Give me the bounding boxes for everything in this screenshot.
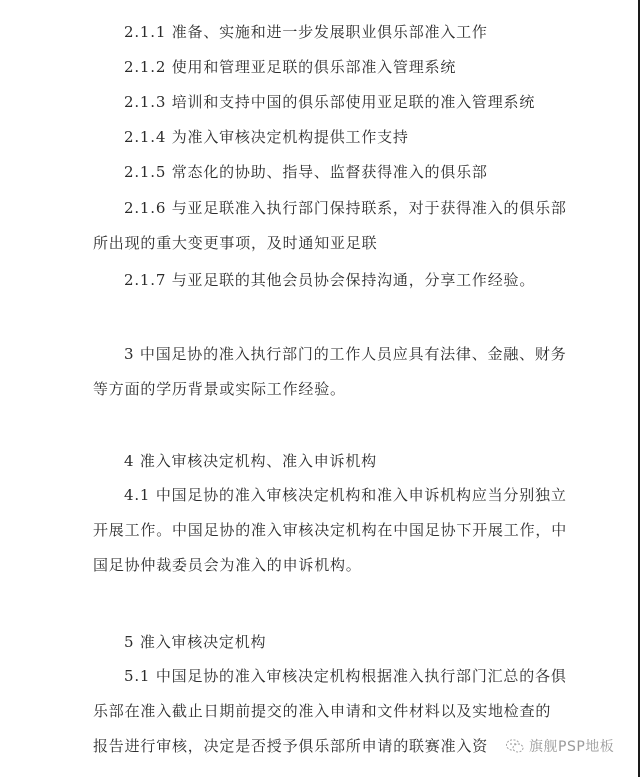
clause-2-1-6-line-2: 所出现的重大变更事项，及时通知亚足联 — [93, 233, 377, 253]
clause-2-1-4: 2.1.4 为准入审核决定机构提供工作支持 — [124, 127, 409, 147]
clause-2-1-3: 2.1.3 培训和支持中国的俱乐部使用亚足联的准入管理系统 — [124, 92, 535, 112]
clause-2-1-5: 2.1.5 常态化的协助、指导、监督获得准入的俱乐部 — [124, 162, 488, 182]
watermark-text: 旗舰PSP地板 — [529, 736, 614, 756]
clause-3-line-1: 3 中国足协的准入执行部门的工作人员应具有法律、金融、财务 — [124, 344, 567, 364]
section-4-heading: 4 准入审核决定机构、准入申诉机构 — [124, 451, 377, 471]
wechat-icon — [505, 738, 525, 754]
watermark: 旗舰PSP地板 — [505, 735, 614, 757]
clause-4-1-line-1: 4.1 中国足协的准入审核决定机构和准入申诉机构应当分别独立 — [124, 485, 567, 505]
clause-4-1-line-3: 国足协仲裁委员会为准入的申诉机构。 — [93, 555, 362, 575]
clause-5-1-line-2: 乐部在准入截止日期前提交的准入申请和文件材料以及实地检查的 — [93, 701, 551, 721]
clause-2-1-2: 2.1.2 使用和管理亚足联的俱乐部准入管理系统 — [124, 57, 456, 77]
clause-2-1-6-line-1: 2.1.6 与亚足联准入执行部门保持联系，对于获得准入的俱乐部 — [124, 198, 567, 218]
clause-2-1-7: 2.1.7 与亚足联的其他会员协会保持沟通，分享工作经验。 — [124, 270, 535, 290]
clause-2-1-1: 2.1.1 准备、实施和进一步发展职业俱乐部准入工作 — [124, 22, 488, 42]
clause-4-1-line-2: 开展工作。中国足协的准入审核决定机构在中国足协下开展工作，中 — [93, 520, 567, 540]
document-page: 2.1.1 准备、实施和进一步发展职业俱乐部准入工作 2.1.2 使用和管理亚足… — [0, 0, 640, 777]
clause-5-1-line-1: 5.1 中国足协的准入审核决定机构根据准入执行部门汇总的各俱 — [124, 666, 567, 686]
clause-3-line-2: 等方面的学历背景或实际工作经验。 — [93, 379, 346, 399]
clause-5-1-line-3: 报告进行审核，决定是否授予俱乐部所申请的联赛准入资 — [93, 736, 488, 756]
section-5-heading: 5 准入审核决定机构 — [124, 632, 266, 652]
